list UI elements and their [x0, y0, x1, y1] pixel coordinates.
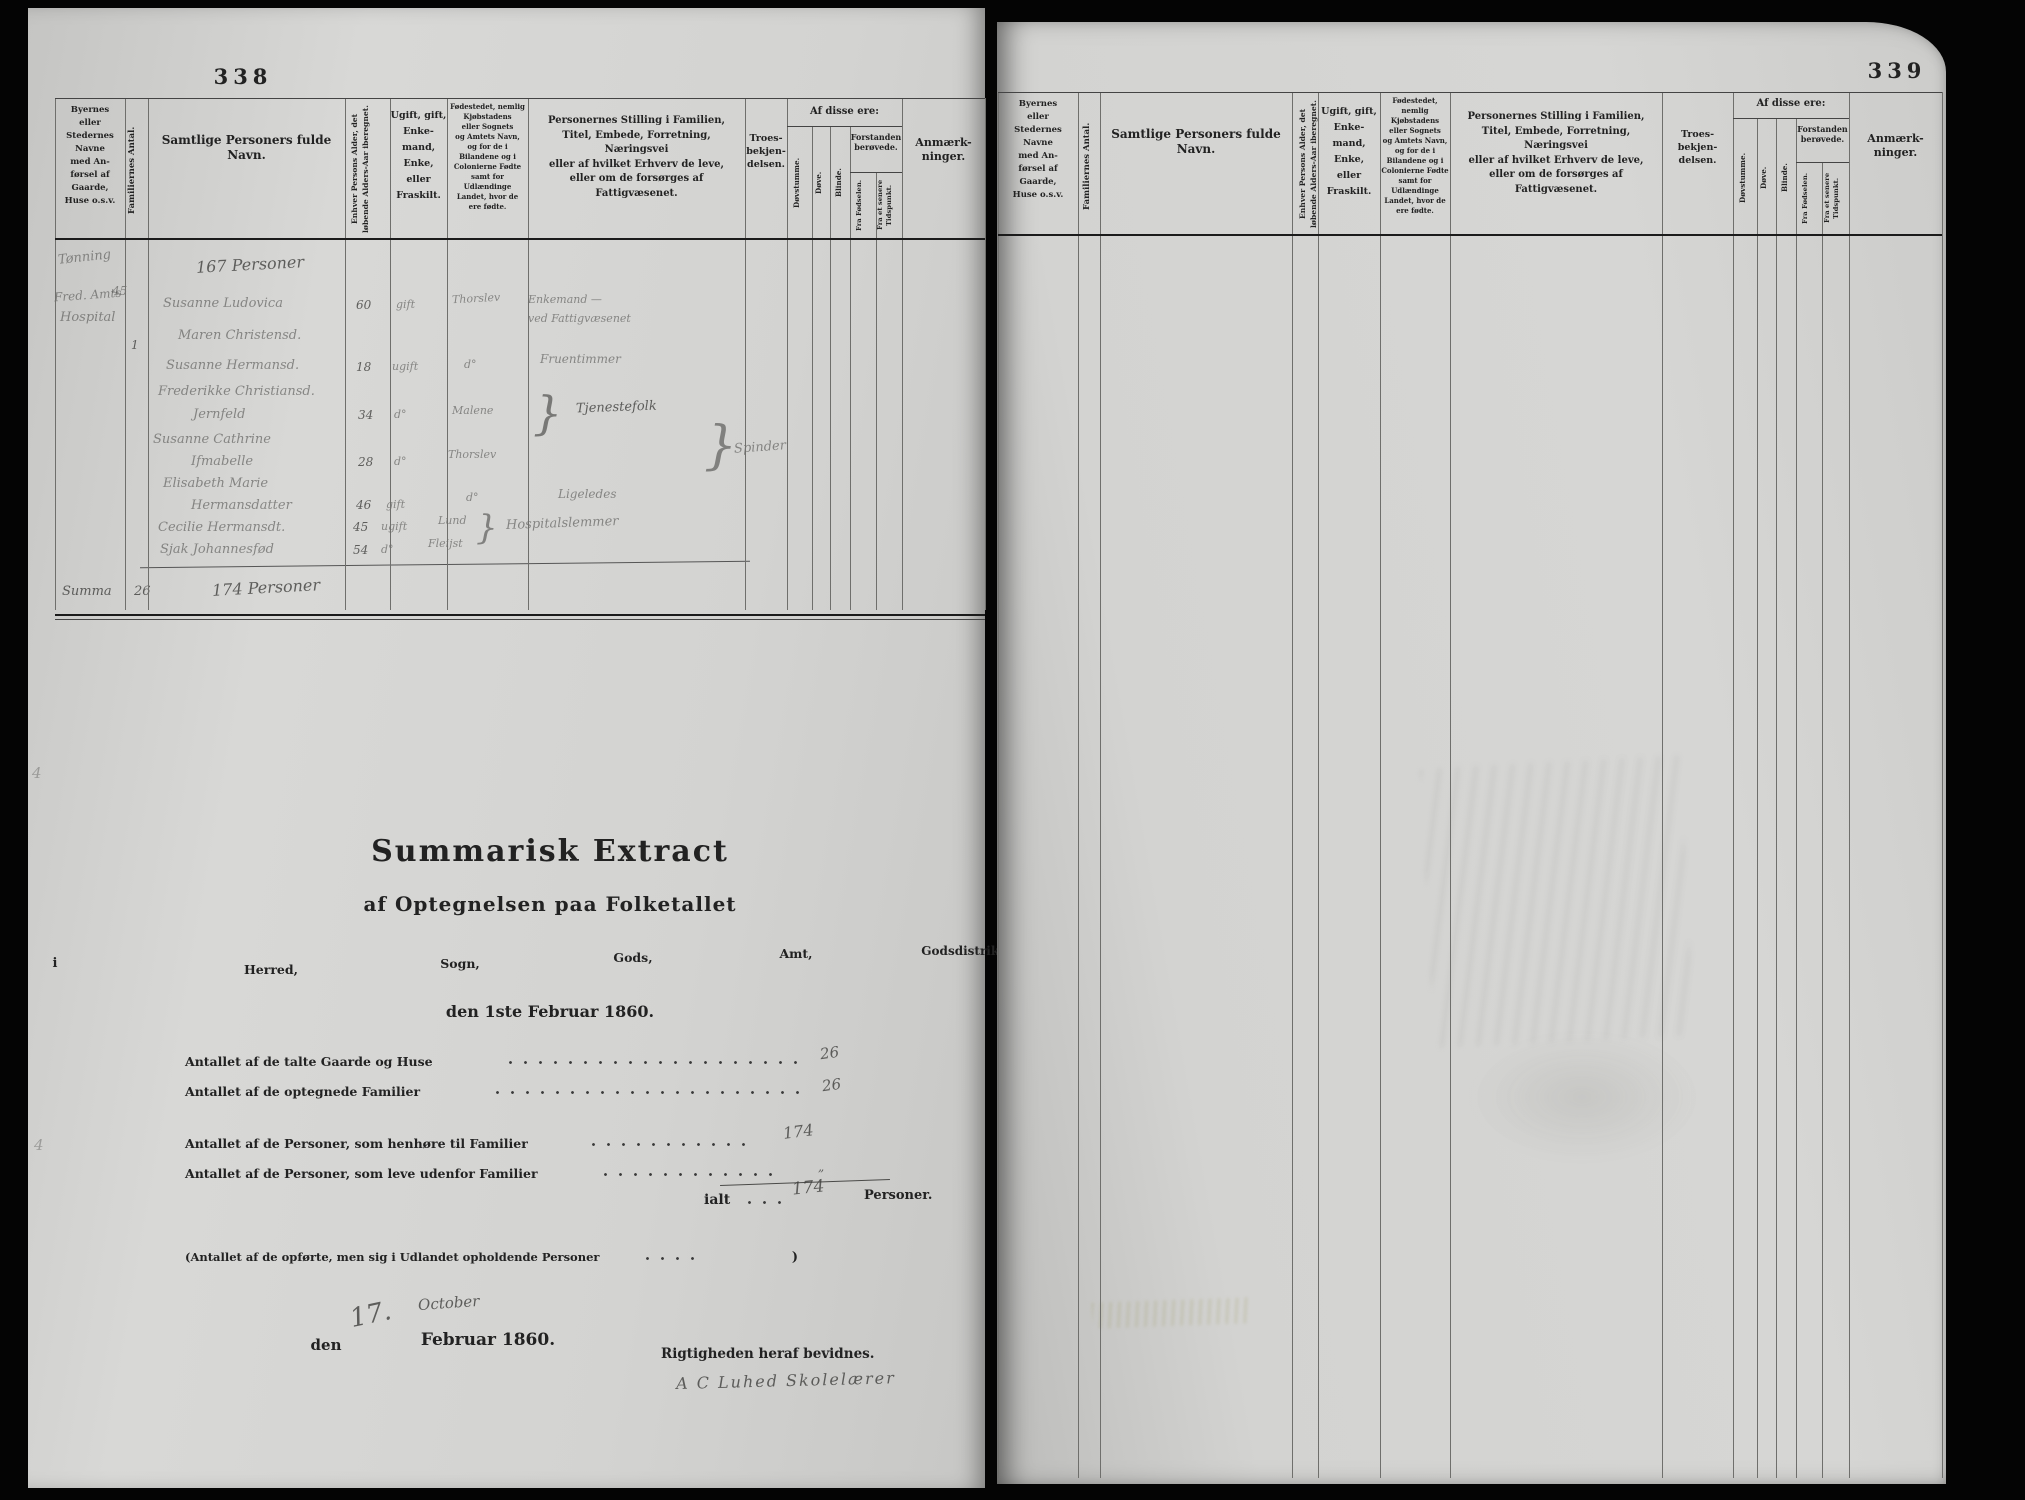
table-grid-vline	[850, 126, 851, 610]
col-insane-header: Forstanden berøvede.	[850, 132, 902, 152]
table-grid-vline	[390, 98, 391, 610]
table-grid-hline	[787, 126, 902, 127]
col-ofthese-header: Af disse ere:	[787, 106, 902, 117]
col-frombirth-header: Fra Fødselen.	[1801, 168, 1817, 228]
table-grid-vline	[447, 98, 448, 610]
table-grid-vline	[1822, 162, 1823, 1478]
table-grid-vline	[1942, 92, 1943, 1478]
table-grid-hline	[1733, 118, 1849, 119]
extract-line-value: 26	[819, 1043, 840, 1063]
extract-line-value: 26	[821, 1075, 842, 1095]
col-deaf-header: Døve.	[1759, 126, 1771, 230]
attestation-text: Rigtigheden heraf bevidnes.	[661, 1346, 921, 1362]
table-grid-vline	[345, 98, 346, 610]
carryover-total: 167 Personer	[196, 252, 305, 277]
table-grid-vline	[1292, 92, 1293, 1478]
person-status: d°	[394, 408, 407, 421]
person-age: 60	[356, 298, 371, 312]
place-name: Tønning	[57, 247, 111, 267]
extract-line-value: 174	[782, 1120, 815, 1143]
table-grid-hline	[850, 172, 902, 173]
person-age: 46	[356, 498, 371, 512]
person-age: 45	[353, 520, 368, 534]
person-age: 54	[353, 543, 368, 557]
person-name: Frederikke Christiansd.	[158, 384, 315, 399]
col-families-header: Familiernes Antal.	[127, 106, 145, 234]
col-name-header: Samtlige Personers fulde Navn.	[148, 133, 345, 163]
table-grid-vline	[1796, 118, 1797, 1478]
col-families-header: Familiernes Antal.	[1082, 102, 1100, 230]
person-status: ugift	[392, 360, 418, 373]
person-name: Susanne Cathrine	[153, 432, 271, 447]
col-blind-header: Blinde.	[1780, 126, 1792, 230]
table-grid-vline	[1100, 92, 1101, 1478]
person-status: gift	[396, 298, 415, 311]
table-grid-vline	[1380, 92, 1381, 1478]
col-ofthese-header: Af disse ere:	[1733, 98, 1849, 109]
table-grid-hline	[998, 234, 1942, 236]
table-grid-vline	[998, 92, 999, 1478]
left-page: 338 Byernes eller Stedernes Navne med An…	[28, 8, 985, 1488]
table-grid-vline	[985, 98, 986, 610]
col-later-header: Fra et senere Tidspunkt.	[876, 176, 898, 234]
col-remarks-header: Anmærk- ninger.	[1849, 132, 1942, 160]
table-grid-vline	[528, 98, 529, 610]
person-name: Sjak Johannesfød	[160, 542, 274, 557]
person-age: 18	[356, 360, 371, 374]
extract-subtitle: af Optegnelsen paa Folketallet	[200, 892, 900, 916]
person-occupation: Fruentimmer	[540, 352, 621, 366]
group-occupation: Hospitalslemmer	[506, 514, 619, 533]
person-status: d°	[394, 455, 407, 468]
dotted-leader	[598, 1172, 778, 1177]
dotted-leader	[742, 1200, 790, 1205]
sign-date-day-handwritten: 17.	[347, 1296, 394, 1334]
group-brace: }	[476, 508, 498, 548]
table-grid-vline	[55, 98, 56, 610]
table-grid-vline	[1733, 92, 1734, 1478]
col-status-header: Ugift, gift, Enke- mand, Enke, eller Fra…	[1318, 104, 1380, 200]
group-brace: }	[533, 386, 562, 440]
group-occupation: Spinder	[734, 438, 787, 457]
col-deafmute-header: Døvstumme.	[1738, 126, 1752, 230]
table-grid-hline	[55, 98, 985, 99]
extract-field-sogn: Sogn,	[420, 956, 500, 971]
sum-persons: 174 Personer	[212, 575, 321, 600]
person-birthplace: Fleijst	[428, 537, 463, 550]
col-age-header: Enhver Persons Alder, det løbende Alders…	[349, 103, 387, 235]
person-name: Hermansdatter	[191, 498, 292, 513]
abroad-paren: )	[785, 1250, 805, 1265]
person-occupation: Enkemand — ved Fattigvæsenet	[528, 290, 758, 328]
person-name: Elisabeth Marie	[163, 476, 268, 491]
extract-census-date: den 1ste Februar 1860.	[250, 1002, 850, 1021]
person-name: Maren Christensd.	[178, 328, 301, 343]
extract-field-amt: Amt,	[761, 946, 831, 961]
col-position-header: Personernes Stilling i Familien, Titel, …	[1450, 110, 1662, 197]
col-remarks-header: Anmærk- ninger.	[902, 136, 985, 164]
person-name: Susanne Hermansd.	[166, 358, 299, 373]
person-name: Ifmabelle	[191, 454, 253, 469]
sign-date-prefix: den	[306, 1336, 346, 1354]
family-count: 1	[131, 338, 139, 352]
sum-label: Summa	[62, 584, 112, 599]
col-insane-header: Forstanden berøvede.	[1796, 124, 1849, 144]
col-birthplace-header: Fødestedet, nemlig Kjøbstadens eller Sog…	[1380, 96, 1450, 216]
table-grid-vline	[745, 98, 746, 610]
col-later-header: Fra et senere Tidspunkt.	[1823, 168, 1845, 228]
col-frombirth-header: Fra Fødselen.	[855, 176, 871, 234]
extract-field-gods: Gods,	[593, 950, 673, 965]
entries-closing-line	[140, 561, 750, 568]
person-birthplace: Malene	[452, 404, 493, 417]
person-birthplace: Thorslev	[452, 291, 501, 307]
person-status: d°	[381, 543, 394, 556]
col-birthplace-header: Fødestedet, nemlig Kjøbstadens eller Sog…	[447, 102, 528, 212]
census-book-scan: 338 Byernes eller Stedernes Navne med An…	[0, 0, 2025, 1500]
col-name-header: Samtlige Personers fulde Navn.	[1100, 127, 1292, 157]
sign-date-month-handwritten: October	[417, 1292, 480, 1314]
extract-title: Summarisk Extract	[200, 834, 900, 869]
table-grid-hline	[55, 238, 985, 240]
table-grid-vline	[125, 98, 126, 610]
table-grid-hline	[998, 92, 1942, 93]
col-status-header: Ugift, gift, Enke- mand, Enke, eller Fra…	[390, 108, 447, 204]
signature: A C Luhed Skolelærer	[676, 1366, 986, 1393]
left-page-number: 338	[188, 64, 298, 89]
col-blind-header: Blinde.	[834, 132, 846, 234]
table-grid-vline	[1662, 92, 1663, 1478]
person-occupation: Ligeledes	[558, 487, 616, 501]
person-birthplace: d°	[466, 491, 479, 504]
dotted-leader	[503, 1060, 803, 1065]
person-age: 28	[358, 455, 373, 469]
col-deaf-header: Døve.	[814, 132, 826, 234]
person-name: Cecilie Hermansdt.	[158, 520, 285, 535]
person-name: Jernfeld	[193, 407, 245, 422]
col-position-header: Personernes Stilling i Familien, Titel, …	[528, 114, 745, 201]
table-grid-vline	[812, 126, 813, 610]
person-birthplace: Lund	[438, 514, 467, 527]
table-grid-vline	[1078, 92, 1079, 1478]
dotted-leader	[490, 1090, 800, 1095]
person-status: ugift	[381, 520, 407, 533]
table-grid-vline	[1849, 92, 1850, 1478]
person-name: Susanne Ludovica	[163, 296, 283, 311]
table-grid-vline	[1776, 118, 1777, 1478]
table-grid-vline	[1318, 92, 1319, 1478]
col-religion-header: Troes- bekjen- delsen.	[1662, 128, 1733, 167]
col-deafmute-header: Døvstumme.	[792, 132, 806, 234]
extract-field-herred: Herred,	[226, 962, 316, 977]
extract-in-word: i	[45, 956, 65, 971]
table-grid-vline	[902, 98, 903, 610]
right-page-number: 339	[1847, 58, 1947, 83]
table-grid-vline	[1757, 118, 1758, 1478]
table-grid-vline	[148, 98, 149, 610]
person-status: gift	[386, 498, 405, 511]
group-brace: }	[704, 416, 737, 476]
table-grid-vline	[1450, 92, 1451, 1478]
table-grid-hline	[55, 619, 985, 620]
extract-line-label: Antallet af de Personer, som henhøre til…	[185, 1136, 625, 1151]
total-unit: Personer.	[864, 1188, 954, 1203]
person-age: 34	[358, 408, 373, 422]
table-grid-hline	[1796, 162, 1849, 163]
col-place-header: Byernes eller Stedernes Navne med An- fø…	[55, 104, 125, 208]
bleedthrough-stain	[1420, 755, 1694, 1048]
group-occupation: Tjenestefolk	[576, 399, 657, 417]
table-grid-hline	[55, 614, 985, 616]
dotted-leader	[640, 1256, 698, 1261]
right-page: 339 Byernes eller Stedernes Navne med An…	[997, 22, 1946, 1484]
table-grid-vline	[830, 126, 831, 610]
sign-date-suffix: Februar 1860.	[408, 1330, 568, 1350]
extract-line-label: Antallet af de Personer, som leve udenfo…	[185, 1166, 625, 1181]
person-birthplace: Thorslev	[448, 448, 496, 461]
total-label: ialt	[704, 1192, 744, 1208]
person-birthplace: d°	[464, 358, 477, 371]
extract-line-value: „	[818, 1160, 824, 1174]
bleedthrough-scribble	[1092, 1297, 1253, 1329]
margin-mark: 4	[34, 1136, 44, 1154]
col-religion-header: Troes- bekjen- delsen.	[745, 132, 787, 171]
col-place-header: Byernes eller Stedernes Navne med An- fø…	[998, 98, 1078, 202]
place-name: Hospital	[60, 310, 115, 325]
dotted-leader	[586, 1142, 746, 1147]
abroad-label: (Antallet af de opførte, men sig i Udlan…	[185, 1250, 655, 1264]
table-grid-vline	[787, 98, 788, 610]
total-value: 174	[791, 1176, 825, 1199]
margin-mark: 4	[32, 764, 42, 782]
